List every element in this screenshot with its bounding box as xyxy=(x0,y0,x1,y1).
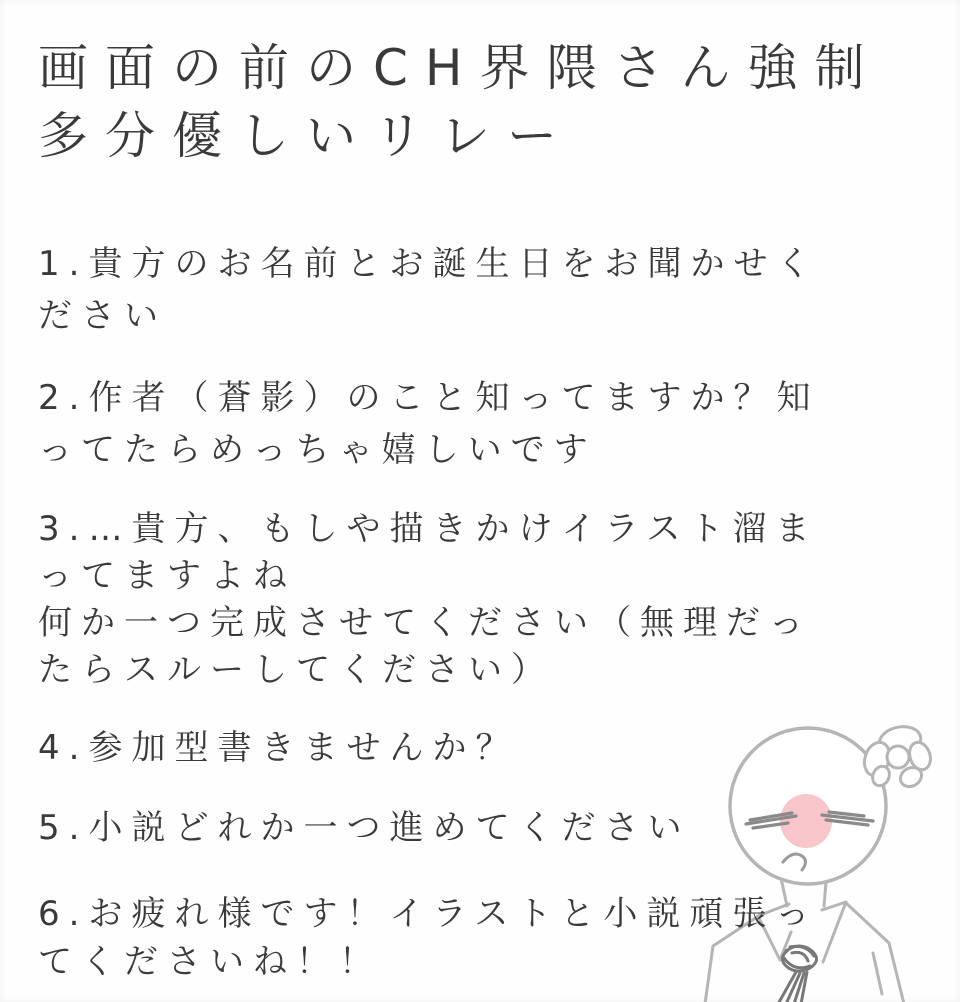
question-5: 5.小説どれか一つ進めてください xyxy=(38,802,690,854)
mascot-blush-nose xyxy=(780,794,832,848)
mascot-shoulder-right xyxy=(846,903,904,1002)
question-3: 3.…貴方、もしや描きかけイラスト溜ま ってますよね 何か一つ完成させてください… xyxy=(38,506,818,694)
question-2: 2.作者（蒼影）のこと知ってますか？知 ってたらめっちゃ嬉しいです xyxy=(38,372,819,476)
question-1: 1.貴方のお名前とお誕生日をお聞かせく ださい xyxy=(38,238,819,342)
question-4: 4.参加型書きませんか？ xyxy=(38,722,518,774)
mascot-collar-right xyxy=(822,902,846,962)
page: 画面の前のCH界隈さん強制 多分優しいリレー 1.貴方のお名前とお誕生日をお聞か… xyxy=(0,0,960,1002)
question-6: 6.お疲れ様です！イラストと小説頑張っ てくださいね！！ xyxy=(38,890,818,986)
mascot-neck-right xyxy=(824,882,826,906)
mascot-arm-seam xyxy=(873,953,882,994)
page-title: 画面の前のCH界隈さん強制 多分優しいリレー xyxy=(38,34,882,170)
